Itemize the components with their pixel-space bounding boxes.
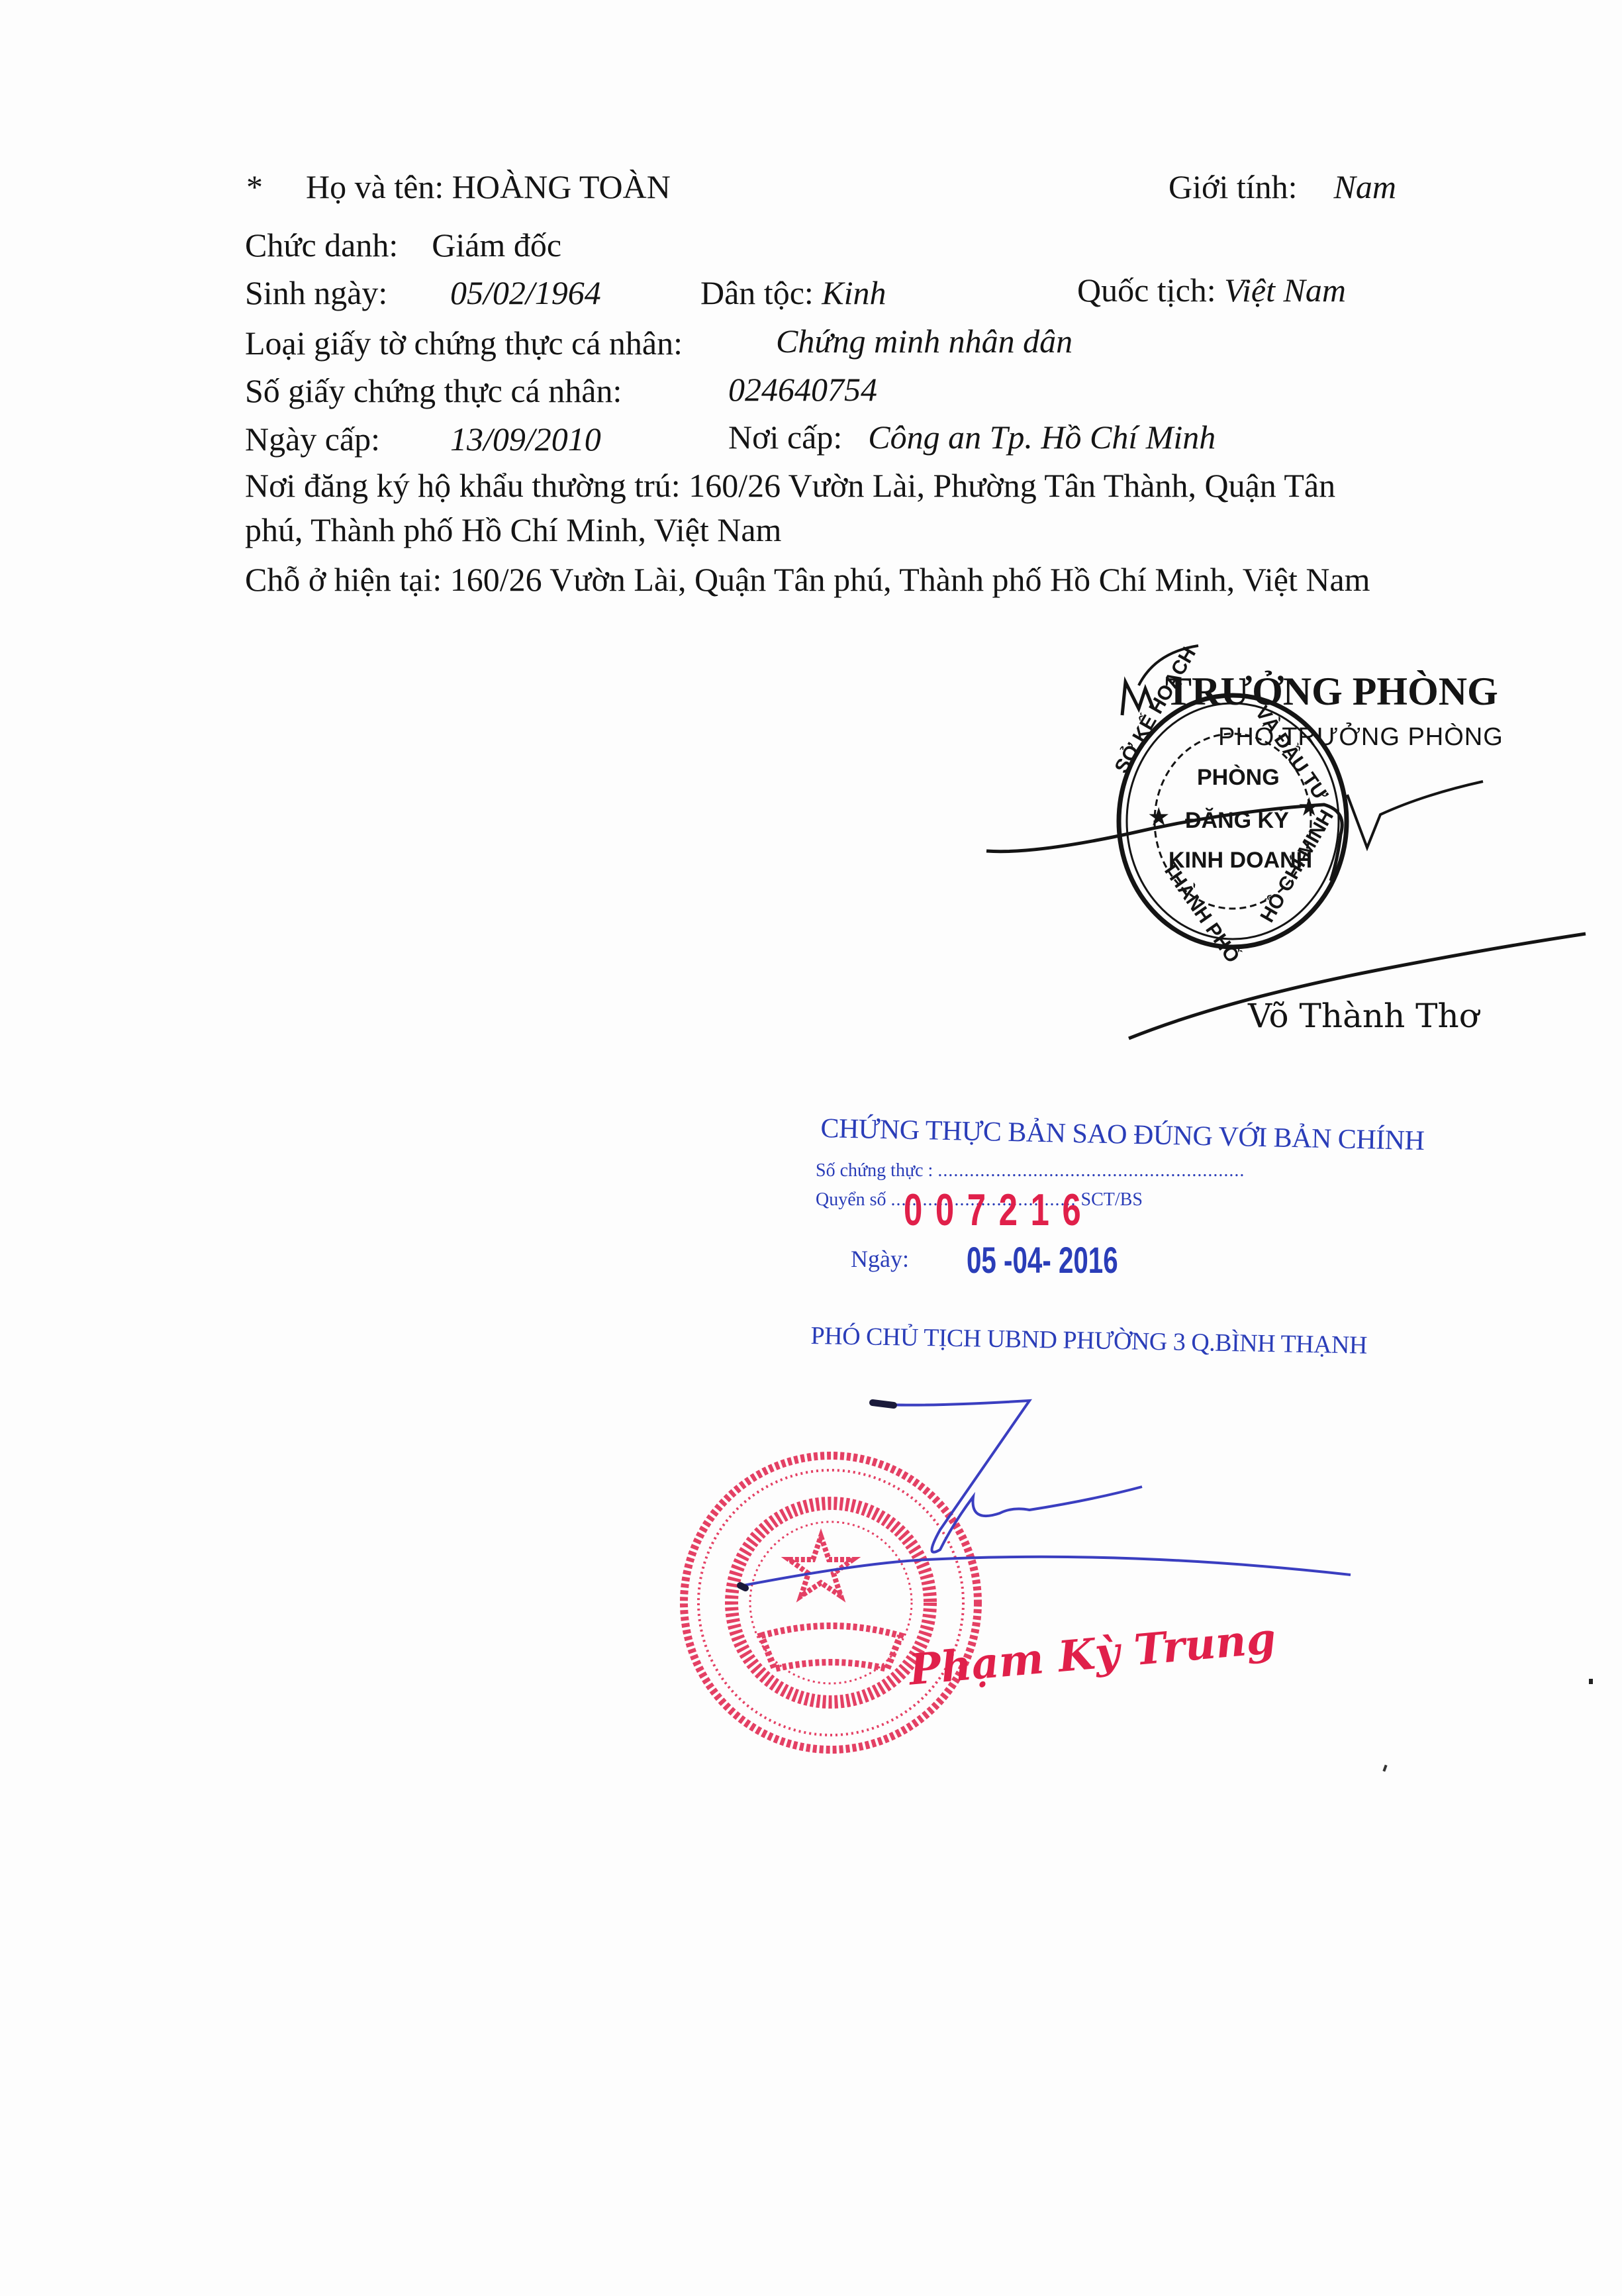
cert-number-dots: ........................................… <box>937 1160 1245 1181</box>
nationality-value: Việt Nam <box>1224 272 1346 309</box>
signer-name-1: Võ Thành Thơ <box>1248 997 1479 1035</box>
cert-number-row: Số chứng thực : ........................… <box>816 1160 1245 1181</box>
cert-date-value: 05 -04- 2016 <box>967 1238 1118 1281</box>
cert-date-label: Ngày: <box>851 1245 909 1273</box>
nationality-row: Quốc tịch: Việt Nam <box>1077 270 1346 310</box>
svg-text:★: ★ <box>1299 795 1319 820</box>
id-number-value: 024640754 <box>728 370 877 409</box>
certification-title: CHỨNG THỰC BẢN SAO ĐÚNG VỚI BẢN CHÍNH <box>820 1113 1425 1157</box>
bullet: * <box>246 168 263 205</box>
svg-text:PHÒNG: PHÒNG <box>1197 765 1280 790</box>
permanent-address-line2: phú, Thành phố Hồ Chí Minh, Việt Nam <box>245 510 781 550</box>
gender-row: Giới tính: Nam <box>1169 167 1396 207</box>
current-address: Chỗ ở hiện tại: 160/26 Vườn Lài, Quận Tâ… <box>245 560 1370 599</box>
scan-speck <box>1589 1679 1593 1684</box>
issue-date-label: Ngày cấp: <box>245 419 380 459</box>
dob-label: Sinh ngày: <box>245 273 387 313</box>
issue-place-row: Nơi cấp: Công an Tp. Hồ Chí Minh <box>728 417 1216 457</box>
cert-number-label: Số chứng thực : <box>816 1160 933 1181</box>
gender-label: Giới tính: <box>1169 168 1298 205</box>
ethnicity-label: Dân tộc: <box>700 274 814 311</box>
svg-text:ĐĂNG KÝ: ĐĂNG KÝ <box>1185 808 1289 833</box>
name-row: * Họ và tên: HOÀNG TOÀN <box>246 167 671 207</box>
serial-number: 007216 <box>904 1184 1094 1236</box>
signature-subtitle: PHÓ TRƯỞNG PHÒNG <box>1218 723 1503 752</box>
title-label: Chức danh: <box>245 226 398 264</box>
svg-text:★: ★ <box>1149 805 1169 830</box>
nationality-label: Quốc tịch: <box>1077 272 1216 309</box>
id-number-label: Số giấy chứng thực cá nhân: <box>245 371 622 411</box>
svg-text:KINH DOANH: KINH DOANH <box>1169 848 1312 873</box>
name-value: HOÀNG TOÀN <box>452 168 671 205</box>
dob-value: 05/02/1964 <box>450 273 601 313</box>
svg-text:VÀ ĐẦU TƯ: VÀ ĐẦU TƯ <box>1251 702 1332 805</box>
issue-place-value: Công an Tp. Hồ Chí Minh <box>868 419 1216 456</box>
ethnicity-row: Dân tộc: Kinh <box>700 273 886 313</box>
id-type-value: Chứng minh nhân dân <box>776 321 1073 361</box>
issue-place-label: Nơi cấp: <box>728 419 842 456</box>
signer-name-2: Phạm Kỳ Trung <box>907 1614 1278 1695</box>
name-label: Họ và tên: <box>306 168 444 205</box>
certifier-role: PHÓ CHỦ TỊCH UBND PHƯỜNG 3 Q.BÌNH THẠNH <box>810 1321 1367 1360</box>
issue-date-value: 13/09/2010 <box>450 419 601 459</box>
book-label: Quyển số <box>816 1189 886 1210</box>
scan-speck <box>1382 1765 1387 1772</box>
ethnicity-value: Kinh <box>822 274 886 311</box>
id-type-label: Loại giấy tờ chứng thực cá nhân: <box>245 323 683 363</box>
signature-title: TRƯỞNG PHÒNG <box>1165 669 1498 715</box>
permanent-address-line1: Nơi đăng ký hộ khẩu thường trú: 160/26 V… <box>245 466 1335 505</box>
title-row: Chức danh: Giám đốc <box>245 225 561 265</box>
svg-text:THÀNH PHỐ: THÀNH PHỐ <box>1158 858 1244 968</box>
svg-text:HỒ CHÍ MINH: HỒ CHÍ MINH <box>1256 806 1338 926</box>
gender-value: Nam <box>1334 168 1396 205</box>
document-page: * Họ và tên: HOÀNG TOÀN Giới tính: Nam C… <box>0 0 1622 2296</box>
title-value: Giám đốc <box>432 226 561 264</box>
